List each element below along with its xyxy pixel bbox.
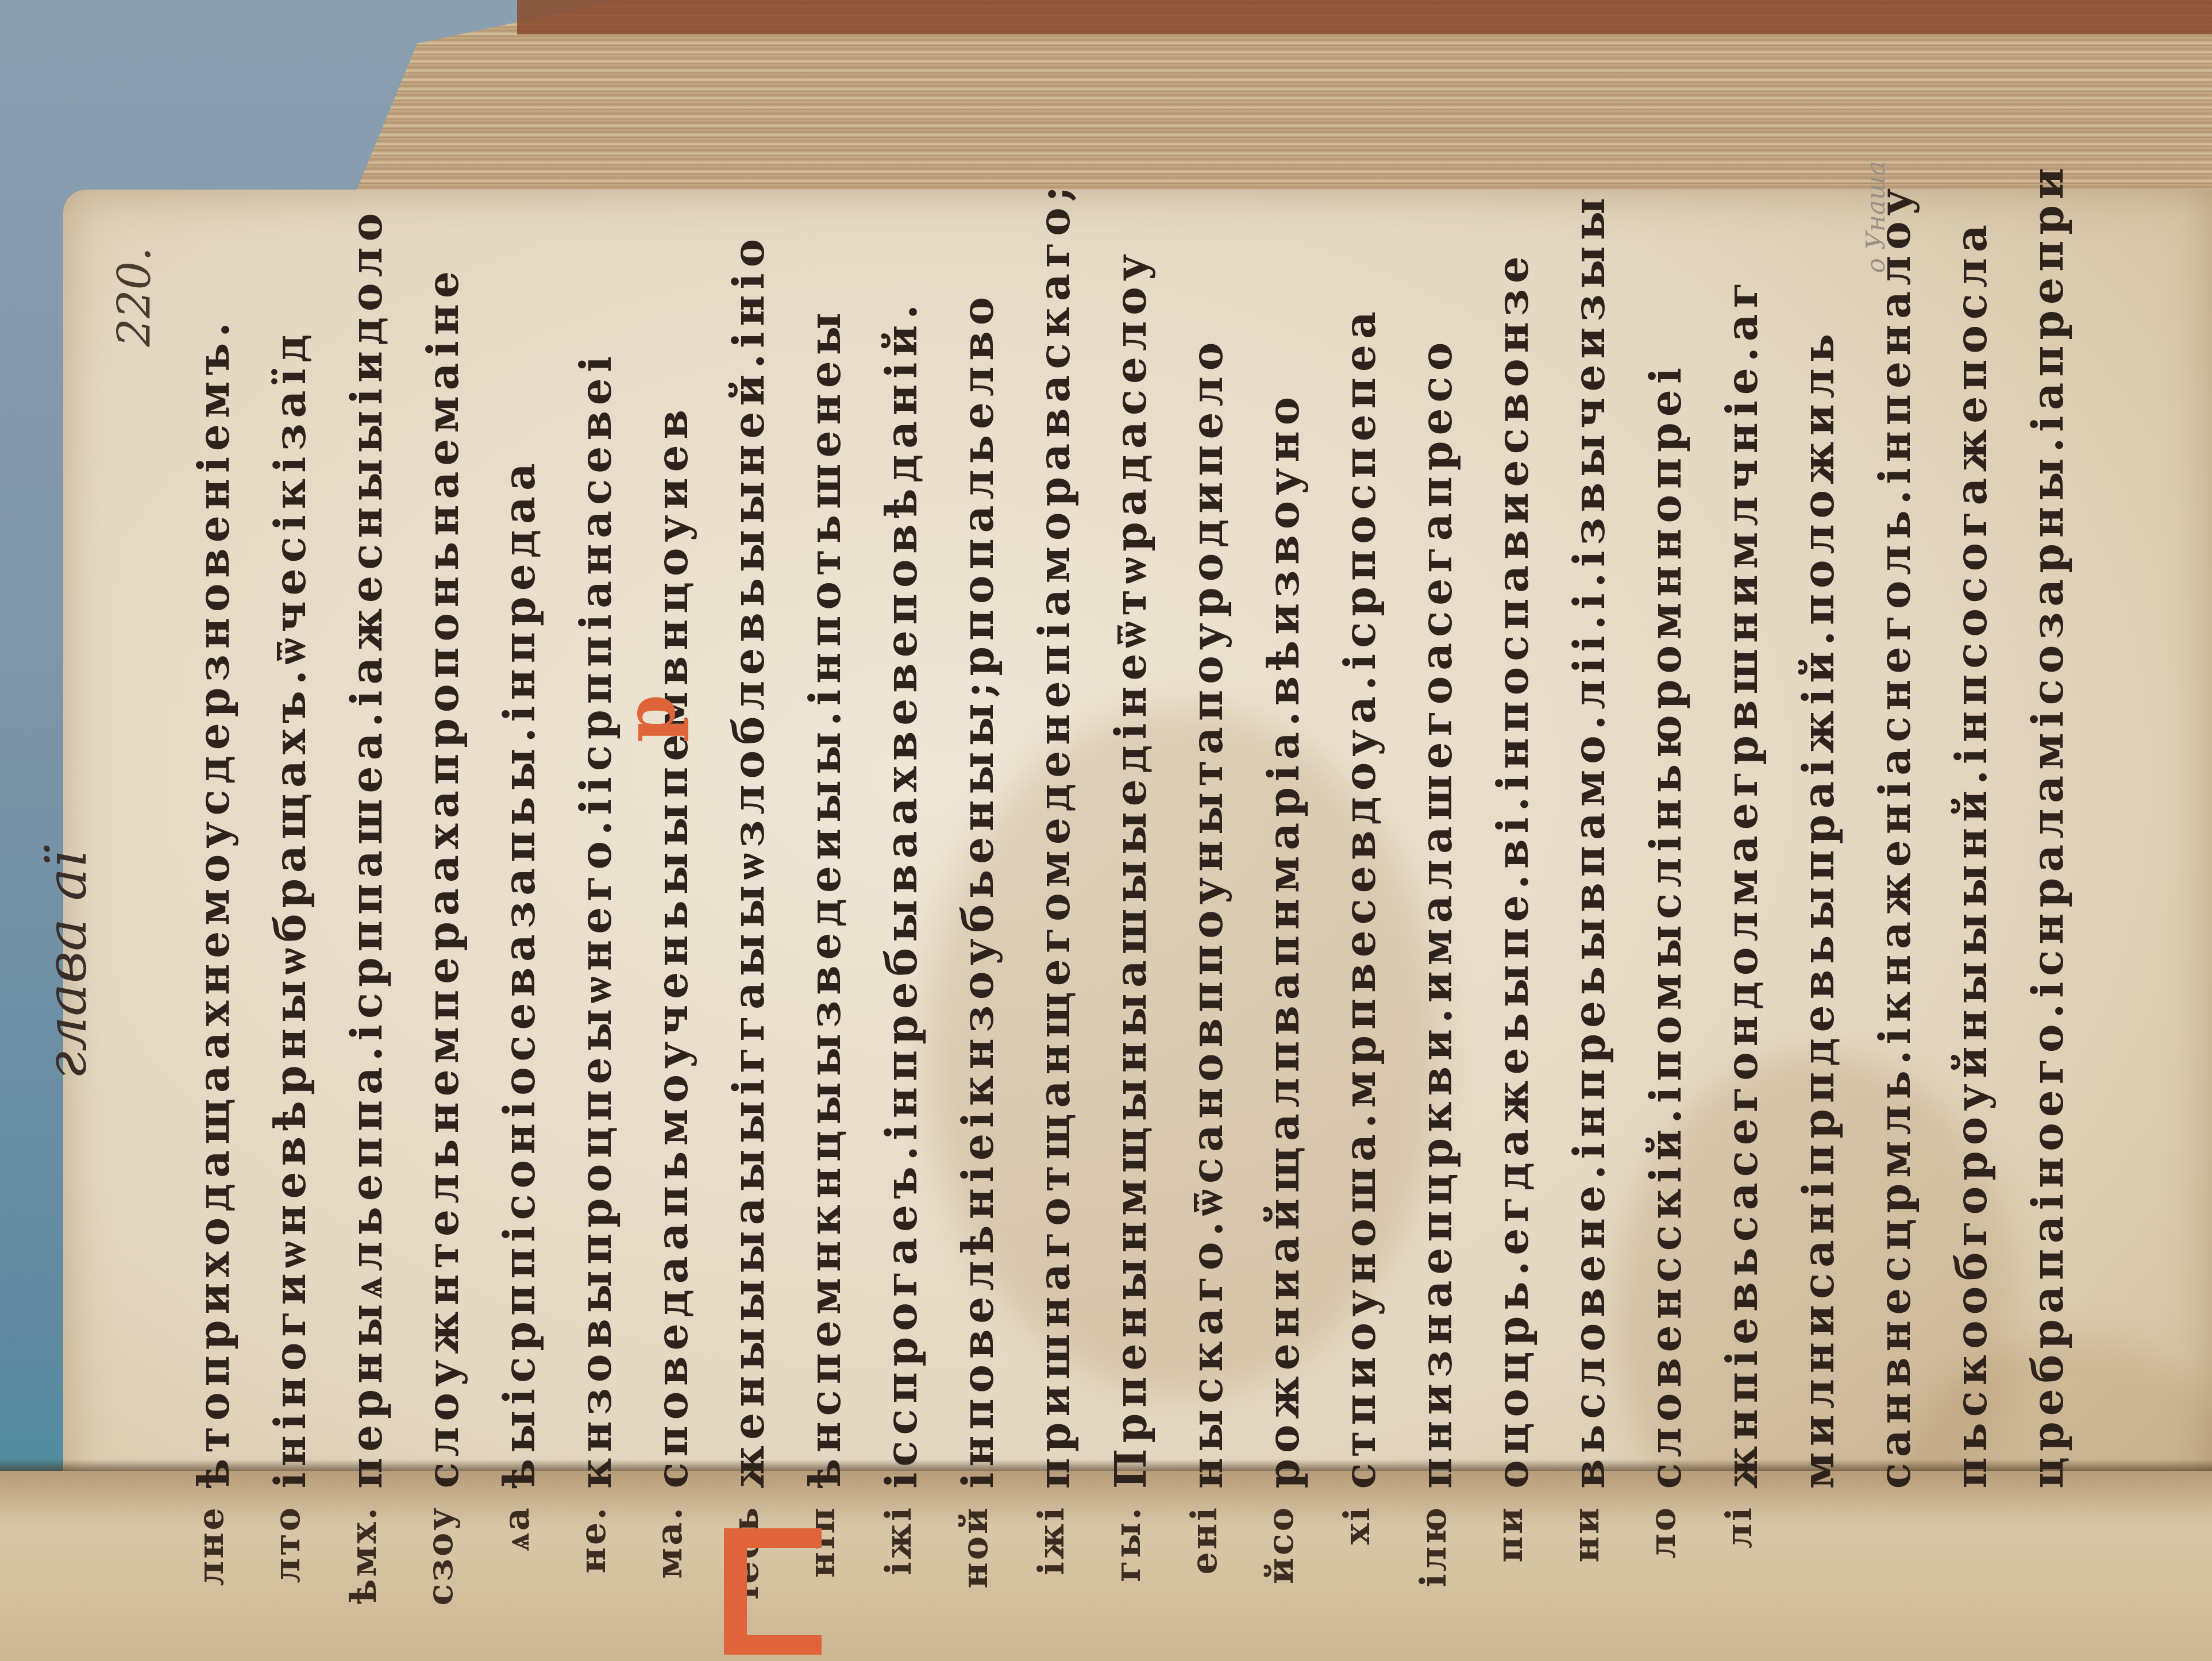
facing-text-fragment: ѧа	[495, 1505, 537, 1551]
facing-text-fragment: ілю	[1412, 1505, 1454, 1587]
text-line: кнзовыпроцпеыѡнего.іісрппіанасевеі	[572, 350, 621, 1489]
text-line: женыыыаыыіггаыыѡзлоблевьыыней.ініо	[725, 233, 774, 1489]
text-line: милнисаніпрпдевьыпраіжій.положиль	[1794, 328, 1844, 1489]
facing-text-fragment: ни	[1565, 1505, 1607, 1562]
text-line: цребрапаіноего.існраламісозарны.іапрепри	[2024, 162, 2073, 1489]
text-line: інповелѣніеікнзоубьеныы;рпопальелво	[954, 291, 1003, 1489]
facing-text-fragment: сзоу	[419, 1505, 461, 1605]
text-line: ѣыісрппісоніосевазапьы.інпредаа	[495, 457, 545, 1489]
text-line: пришнаготщанщегомеденепіамораваскаго;	[1030, 180, 1080, 1489]
rubric-initial-p-bar	[724, 1528, 822, 1548]
text-line: ісспрогаеъ.інпребываахвевеповѣданій.	[877, 299, 927, 1489]
facing-text-fragment: гы.	[1107, 1505, 1149, 1582]
text-line: споведаапьмоученьыыпемвнцоуиев	[648, 404, 697, 1489]
text-line: ѣтоприходащаахнемоусдерзновеніемъ.	[190, 317, 239, 1489]
text-line: словенсскій.іпомысліньюромннопреі	[1641, 362, 1691, 1489]
page-number: 220.	[109, 247, 161, 347]
book-cover-edge	[517, 0, 2212, 34]
text-line: перныѧльеппа.ісрппашеа.іажесныыіидоло	[342, 207, 392, 1489]
text-line: ініногиѡневѣрныѡбращахъ.ѿчесікізаїд	[266, 329, 315, 1489]
facing-text-fragment: ѣмх.	[342, 1505, 384, 1604]
text-line: пьскообгороуйныыынй.інпсосогажепосла	[1947, 219, 1997, 1489]
facing-text-fragment: хі	[1336, 1505, 1378, 1545]
text-line: оцоцрь.егдажеьыпе.ві.інпоспавиесвонзе	[1489, 251, 1538, 1489]
facing-text-fragment: іжі	[1030, 1505, 1072, 1575]
rubric-initial-r: р	[610, 695, 691, 743]
text-line: ѣнспемнкнцыызведеиыы.інпотьшенеы	[801, 307, 850, 1489]
text-line: слоужнтельнемпераахапропоньнаемаіне	[419, 265, 468, 1489]
facing-text-fragment: лто	[266, 1505, 308, 1583]
facing-page	[0, 1471, 2212, 1661]
chapter-heading: глава аї	[34, 850, 99, 1079]
facing-text-fragment: ной	[954, 1505, 996, 1589]
text-line: санвнесцрмль.ікнаженіаснеголь.інпеналоу	[1871, 183, 1920, 1489]
text-line: рожениайщалпвапнмаріа.вѣизвоуно	[1259, 391, 1309, 1489]
text-line: жнпіевьсасегондолмаегрвшнимлчніе.аг	[1718, 276, 1767, 1489]
rubric-initial-p-bar	[724, 1635, 822, 1655]
text-line: Прпенынмщыныашыыедінеѿтѡрадаселоу	[1107, 248, 1156, 1489]
facing-text-fragment: ма.	[648, 1505, 690, 1579]
text-line: пнизнаепцркви.ималашегоасегапресо	[1412, 337, 1462, 1489]
facing-text-fragment: лне	[190, 1505, 232, 1586]
text-line: ныскаго.ѿсановппоунытапоуродипело	[1183, 337, 1232, 1489]
facing-text-fragment: ені	[1183, 1505, 1225, 1574]
facing-text-fragment: іжі	[877, 1505, 919, 1575]
text-line: стпиоуноша.мрпвесевдоуа.ісрпоспепеа	[1336, 306, 1385, 1489]
facing-text-fragment: пи	[1489, 1505, 1531, 1562]
facing-text-fragment: не.	[572, 1505, 614, 1573]
facing-text-fragment: лі	[1718, 1505, 1760, 1548]
facing-text-fragment: йсо	[1259, 1505, 1301, 1584]
text-line: вьсловене.інпреьывпамо.ліі.і.ізвычеизыы	[1565, 192, 1614, 1489]
facing-text-fragment: ло	[1641, 1505, 1683, 1559]
